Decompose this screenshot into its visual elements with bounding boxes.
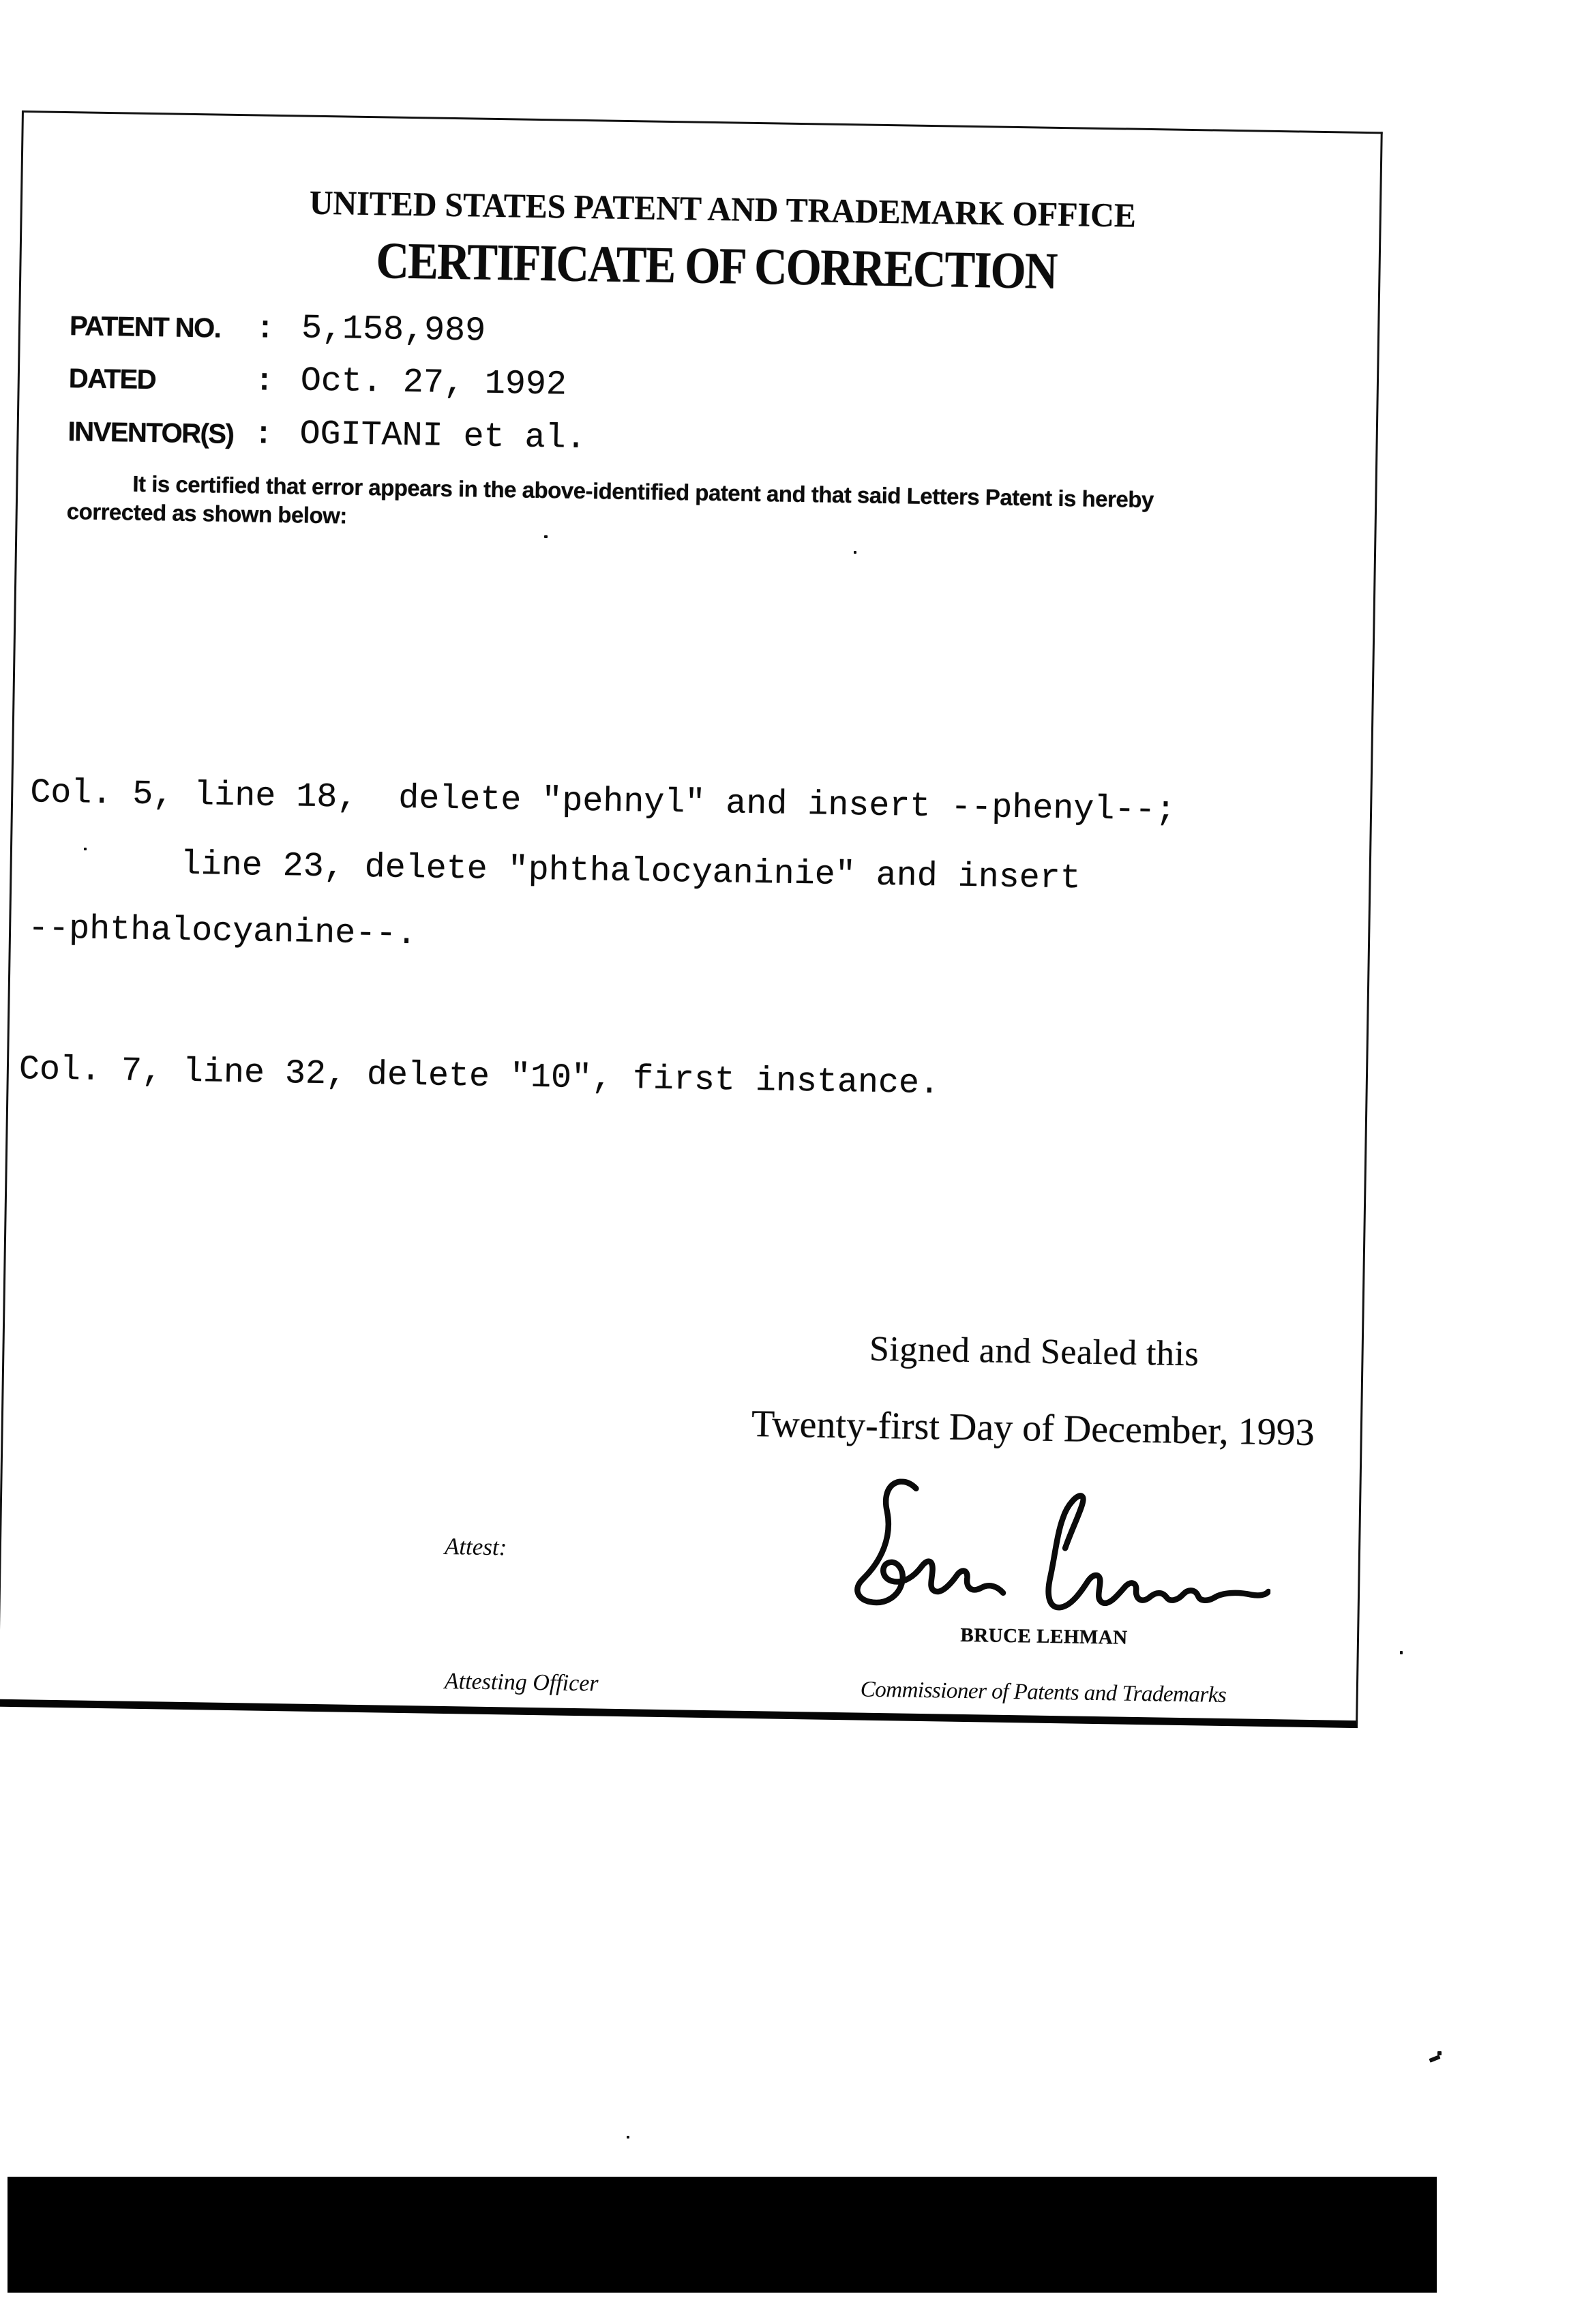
scan-noise-dot (1429, 2055, 1440, 2063)
correction-line: Col. 5, line 18, delete "pehnyl" and ins… (30, 774, 1176, 829)
signed-date-line: Twenty-first Day of December, 1993 (698, 1401, 1367, 1455)
dated-row: DATED : Oct. 27, 1992 (68, 358, 1024, 417)
scan-noise-dot (854, 551, 856, 554)
correction-line: line 23, delete "phthalocyaninie" and in… (180, 846, 1081, 898)
patent-no-row: PATENT NO. : 5,158,989 (70, 306, 1025, 364)
inventors-value: OGITANI et al. (299, 415, 586, 458)
dated-label: DATED (68, 363, 155, 396)
redaction-bar (8, 2177, 1437, 2293)
correction-line: Col. 7, line 32, delete "10", first inst… (18, 1051, 940, 1103)
inventors-row: INVENTOR(S) : OGITANI et al. (68, 411, 1023, 470)
certification-text-line2: corrected as shown below: (66, 498, 347, 528)
commissioner-title: Commissioner of Patents and Trademarks (860, 1678, 1226, 1708)
signer-name: BRUCE LEHMAN (925, 1624, 1163, 1650)
patent-no-label: PATENT NO. (70, 311, 221, 344)
signed-sealed-line: Signed and Sealed this (812, 1328, 1256, 1375)
correction-line: --phthalocyanine--. (28, 910, 417, 953)
colon-separator: : (254, 417, 273, 452)
signature-ink-icon (848, 1478, 1272, 1618)
certificate-frame: UNITED STATES PATENT AND TRADEMARK OFFIC… (0, 110, 1383, 1728)
attesting-officer-label: Attesting Officer (445, 1669, 599, 1697)
scan-noise-dot (627, 2136, 629, 2139)
scan-noise-dot (84, 848, 87, 850)
signature-script (848, 1478, 1272, 1618)
scan-noise-dot (1437, 2051, 1442, 2055)
colon-separator: : (256, 311, 275, 346)
certificate-title: CERTIFICATE OF CORRECTION (131, 228, 1302, 306)
scan-noise-dot (544, 535, 548, 538)
dated-value: Oct. 27, 1992 (300, 361, 567, 404)
patent-no-value: 5,158,989 (301, 309, 486, 351)
scan-noise-dot (1400, 1651, 1403, 1654)
inventors-label: INVENTOR(S) (68, 417, 233, 450)
colon-separator: : (254, 363, 273, 399)
attest-label: Attest: (445, 1533, 507, 1561)
